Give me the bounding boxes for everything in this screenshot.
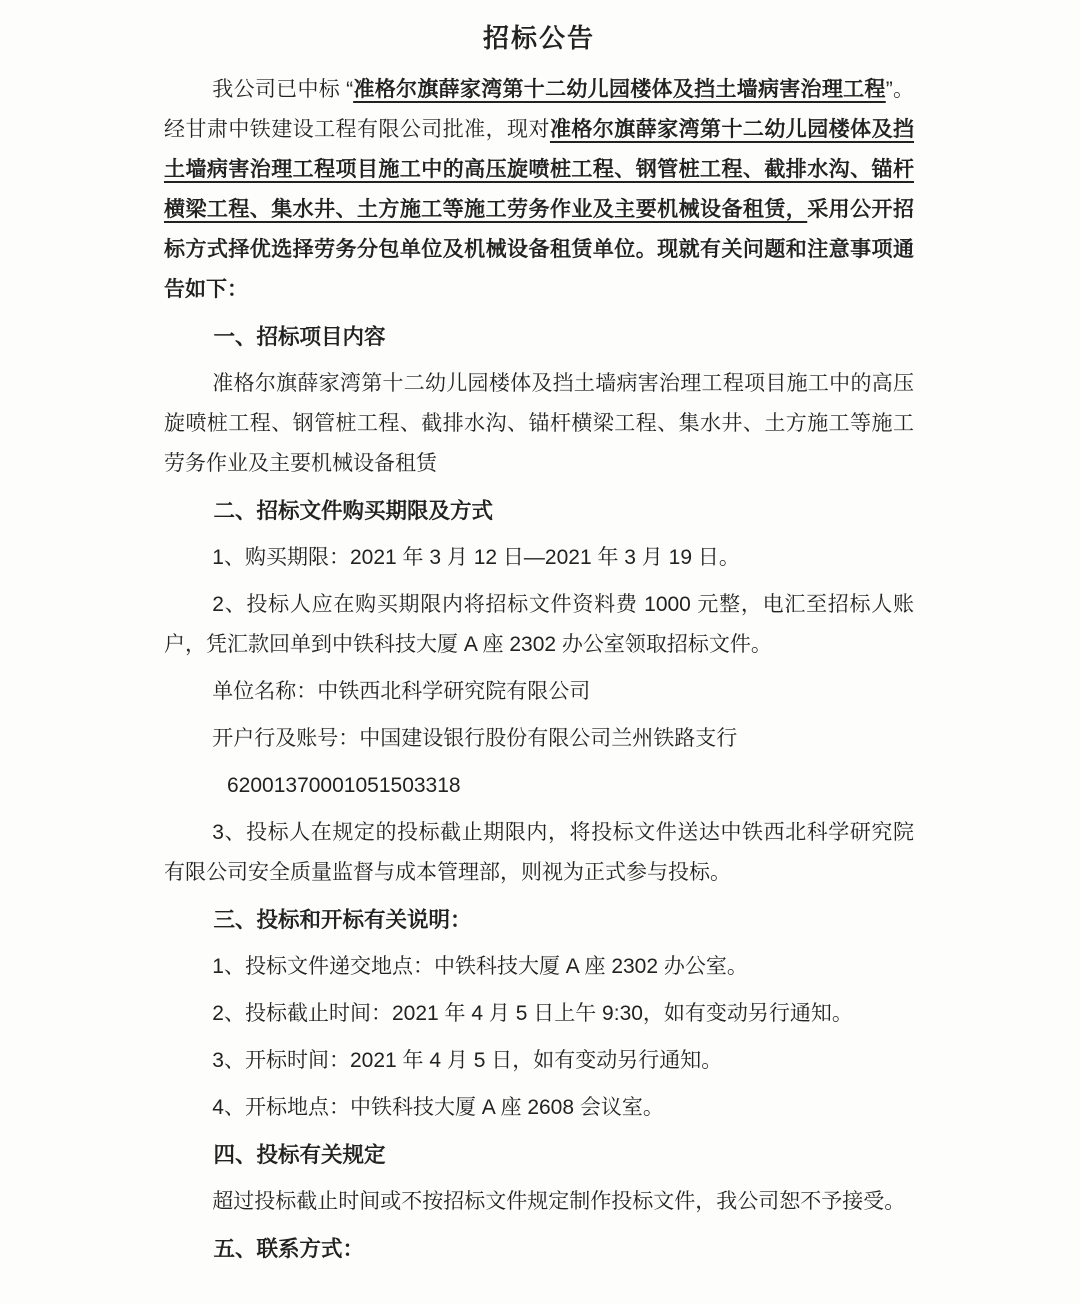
opening-place-item: 4、开标地点：中铁科技大厦 A 座 2608 会议室。 <box>164 1088 914 1128</box>
emphasized-underlined-text: 准格尔旗薛家湾第十二幼儿园楼体及挡土墙病害治理工程 <box>353 78 886 101</box>
text-run: 3、开标时间：2021 年 4 月 5 日，如有变动另行通知。 <box>212 1049 722 1072</box>
text-run: 三、投标和开标有关说明： <box>213 908 471 932</box>
text-run: 4、开标地点：中铁科技大厦 A 座 2608 会议室。 <box>212 1096 664 1119</box>
document-page: { "page": { "background_color": "#fdfdfc… <box>0 0 1080 1304</box>
document-fee-item: 2、投标人应在购买期限内将招标文件资料费 1000 元整，电汇至招标人账户，凭汇… <box>164 585 914 665</box>
bank-line: 开户行及账号：中国建设银行股份有限公司兰州铁路支行 <box>164 719 914 759</box>
text-run: 一、招标项目内容 <box>213 325 385 349</box>
text-run: 准格尔旗薛家湾第十二幼儿园楼体及挡土墙病害治理工程项目施工中的高压旋喷桩工程、钢… <box>164 372 914 475</box>
section-heading-1: 一、招标项目内容 <box>164 317 914 357</box>
section-1-content: 准格尔旗薛家湾第十二幼儿园楼体及挡土墙病害治理工程项目施工中的高压旋喷桩工程、钢… <box>164 364 914 484</box>
document-title: 招标公告 <box>164 16 914 60</box>
text-run: 2、投标人应在购买期限内将招标文件资料费 1000 元整，电汇至招标人账户，凭汇… <box>164 593 914 656</box>
opening-time-item: 3、开标时间：2021 年 4 月 5 日，如有变动另行通知。 <box>164 1041 914 1081</box>
text-run: 2、投标截止时间：2021 年 4 月 5 日上午 9:30，如有变动另行通知。 <box>212 1002 853 1025</box>
text-run: 我公司已中标 “ <box>212 78 353 101</box>
text-run: 单位名称：中铁西北科学研究院有限公司 <box>212 680 590 703</box>
text-run: 3、投标人在规定的投标截止期限内，将投标文件送达中铁西北科学研究院有限公司安全质… <box>164 821 914 884</box>
text-run: 二、招标文件购买期限及方式 <box>213 499 493 523</box>
section-heading-3: 三、投标和开标有关说明： <box>164 900 914 940</box>
text-run: 四、投标有关规定 <box>213 1143 385 1167</box>
document-body: 我公司已中标 “准格尔旗薛家湾第十二幼儿园楼体及挡土墙病害治理工程”。经甘肃中铁… <box>164 70 914 1269</box>
company-name-line: 单位名称：中铁西北科学研究院有限公司 <box>164 672 914 712</box>
section-heading-5: 五、联系方式： <box>164 1229 914 1269</box>
text-run: 62001370001051503318 <box>227 774 461 797</box>
submission-place-item: 1、投标文件递交地点：中铁科技大厦 A 座 2302 办公室。 <box>164 947 914 987</box>
section-heading-4: 四、投标有关规定 <box>164 1135 914 1175</box>
text-run: 1、投标文件递交地点：中铁科技大厦 A 座 2302 办公室。 <box>212 955 748 978</box>
tender-announcement-document: 招标公告 我公司已中标 “准格尔旗薛家湾第十二幼儿园楼体及挡土墙病害治理工程”。… <box>0 0 1080 1269</box>
purchase-period-item: 1、购买期限：2021 年 3 月 12 日—2021 年 3 月 19 日。 <box>164 538 914 578</box>
deadline-item: 2、投标截止时间：2021 年 4 月 5 日上午 9:30，如有变动另行通知。 <box>164 994 914 1034</box>
bid-delivery-item: 3、投标人在规定的投标截止期限内，将投标文件送达中铁西北科学研究院有限公司安全质… <box>164 813 914 893</box>
text-run: 1、购买期限：2021 年 3 月 12 日—2021 年 3 月 19 日。 <box>212 546 740 569</box>
section-4-content: 超过投标截止时间或不按招标文件规定制作投标文件，我公司恕不予接受。 <box>164 1182 914 1222</box>
text-run: 超过投标截止时间或不按招标文件规定制作投标文件，我公司恕不予接受。 <box>212 1190 905 1213</box>
account-number-line: 62001370001051503318 <box>164 766 914 806</box>
text-run: 五、联系方式： <box>213 1237 364 1261</box>
intro-paragraph: 我公司已中标 “准格尔旗薛家湾第十二幼儿园楼体及挡土墙病害治理工程”。经甘肃中铁… <box>164 70 914 310</box>
text-run: 开户行及账号：中国建设银行股份有限公司兰州铁路支行 <box>212 727 737 750</box>
section-heading-2: 二、招标文件购买期限及方式 <box>164 491 914 531</box>
